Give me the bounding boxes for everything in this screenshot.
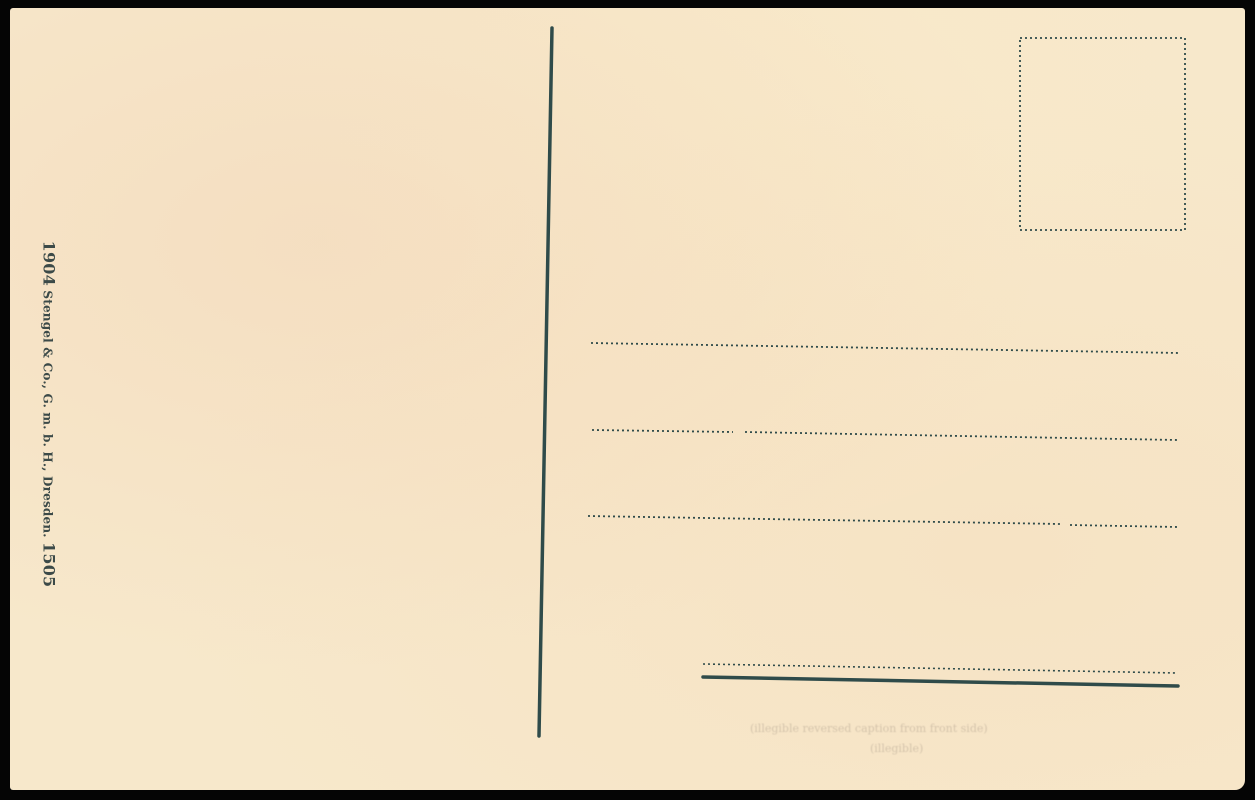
stamp-box: [1020, 38, 1185, 230]
address-line-2b: [745, 432, 1177, 440]
address-line-4-dotted: [703, 664, 1177, 673]
showthrough-caption-line-1: (illegible reversed caption from front s…: [750, 722, 988, 735]
address-line-4-solid: [703, 677, 1178, 686]
address-line-3a: [588, 516, 1060, 524]
address-line-3b: [1070, 525, 1177, 527]
postcard-printed-lines: [0, 0, 1255, 800]
center-divider: [539, 28, 552, 736]
showthrough-caption-line-2: (illegible): [870, 742, 923, 755]
address-line-1: [591, 343, 1180, 353]
address-line-2a: [592, 430, 733, 432]
